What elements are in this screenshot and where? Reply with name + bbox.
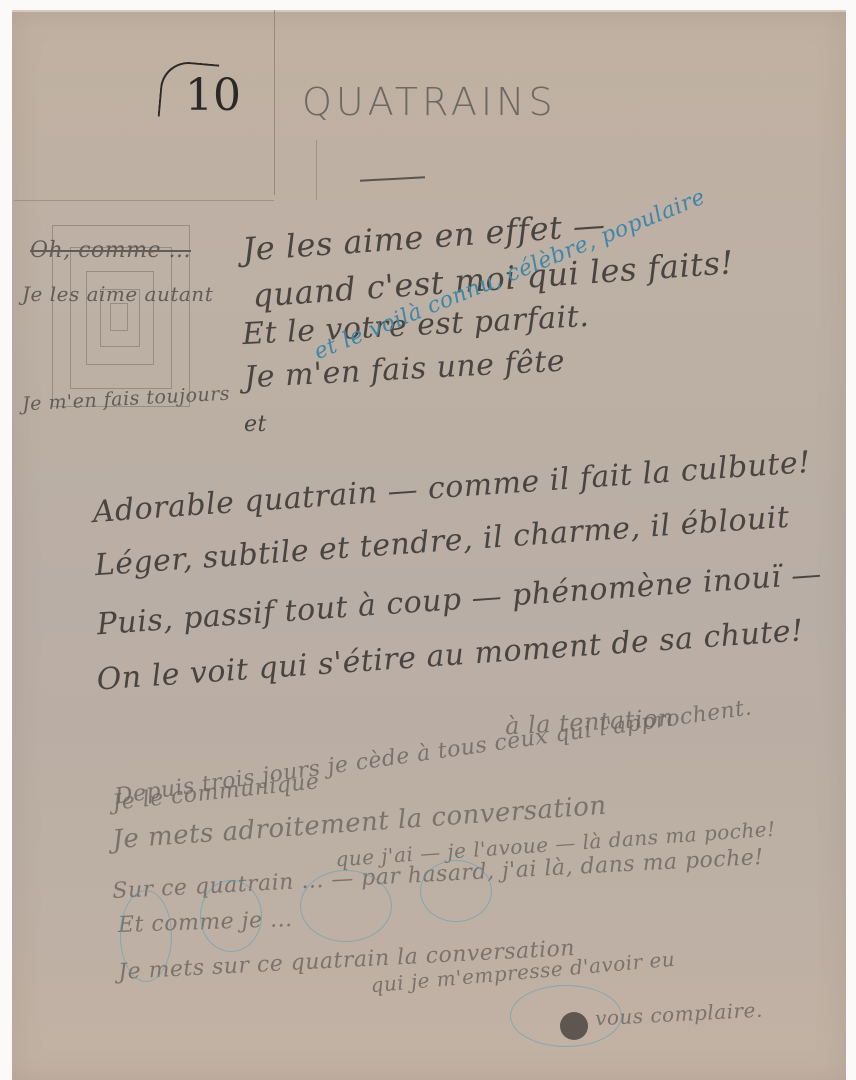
blue-scribble: [200, 880, 262, 952]
margin-note: Je les aime autant: [22, 282, 213, 306]
fold-line: [274, 10, 275, 195]
blue-scribble: [120, 890, 172, 982]
ink-blot: [560, 1012, 588, 1040]
fold-line: [14, 200, 274, 201]
fold-line: [316, 140, 317, 200]
page-number: 10: [185, 70, 241, 121]
blue-scribble: [420, 860, 492, 922]
blue-scribble: [300, 870, 392, 942]
struck-margin-note: Oh, comme ...: [30, 238, 191, 263]
page-title: QUATRAINS: [302, 80, 557, 124]
verse-line: et: [244, 412, 267, 437]
